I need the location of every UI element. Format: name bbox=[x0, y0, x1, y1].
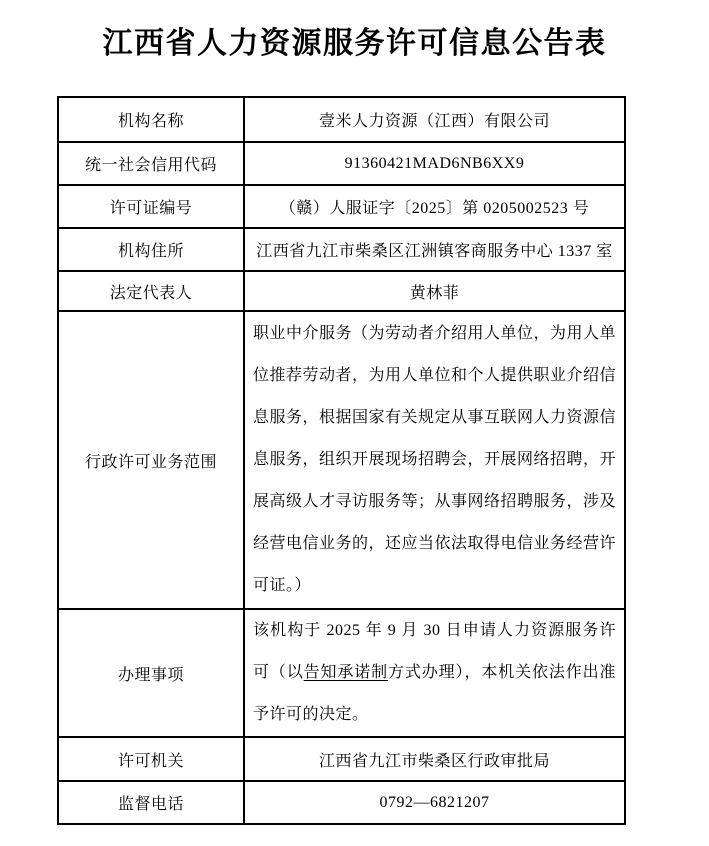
row-org-address: 机构住所 江西省九江市柴桑区江洲镇客商服务中心 1337 室 bbox=[58, 228, 625, 271]
row-legal-representative: 法定代表人 黄林菲 bbox=[58, 271, 625, 311]
licensing-authority-value: 江西省九江市柴桑区行政审批局 bbox=[244, 737, 625, 781]
licensing-authority-label: 许可机关 bbox=[58, 737, 244, 781]
business-scope-value: 职业中介服务（为劳动者介绍用人单位，为用人单位推荐劳动者，为用人单位和个人提供职… bbox=[244, 311, 625, 609]
row-licensing-authority: 许可机关 江西省九江市柴桑区行政审批局 bbox=[58, 737, 625, 781]
business-scope-label: 行政许可业务范围 bbox=[58, 311, 244, 609]
legal-representative-value: 黄林菲 bbox=[244, 271, 625, 311]
row-supervision-phone: 监督电话 0792—6821207 bbox=[58, 781, 625, 824]
credit-code-value: 91360421MAD6NB6XX9 bbox=[244, 142, 625, 185]
page-title: 江西省人力资源服务许可信息公告表 bbox=[0, 18, 709, 62]
row-org-name: 机构名称 壹米人力资源（江西）有限公司 bbox=[58, 97, 625, 142]
legal-representative-label: 法定代表人 bbox=[58, 271, 244, 311]
handling-matter-text-underlined: 告知承诺制 bbox=[304, 664, 388, 681]
org-name-label: 机构名称 bbox=[58, 97, 244, 142]
credit-code-label: 统一社会信用代码 bbox=[58, 142, 244, 185]
org-name-value: 壹米人力资源（江西）有限公司 bbox=[244, 97, 625, 142]
supervision-phone-value: 0792—6821207 bbox=[244, 781, 625, 824]
row-business-scope: 行政许可业务范围 职业中介服务（为劳动者介绍用人单位，为用人单位推荐劳动者，为用… bbox=[58, 311, 625, 609]
license-number-label: 许可证编号 bbox=[58, 185, 244, 228]
license-number-value: （赣）人服证字〔2025〕第 0205002523 号 bbox=[244, 185, 625, 228]
handling-matter-value: 该机构于 2025 年 9 月 30 日申请人力资源服务许可（以告知承诺制方式办… bbox=[244, 609, 625, 737]
supervision-phone-label: 监督电话 bbox=[58, 781, 244, 824]
license-info-table: 机构名称 壹米人力资源（江西）有限公司 统一社会信用代码 91360421MAD… bbox=[57, 96, 626, 825]
row-license-number: 许可证编号 （赣）人服证字〔2025〕第 0205002523 号 bbox=[58, 185, 625, 228]
handling-matter-label: 办理事项 bbox=[58, 609, 244, 737]
row-credit-code: 统一社会信用代码 91360421MAD6NB6XX9 bbox=[58, 142, 625, 185]
announcement-page: 江西省人力资源服务许可信息公告表 机构名称 壹米人力资源（江西）有限公司 统一社… bbox=[0, 0, 709, 846]
org-address-label: 机构住所 bbox=[58, 228, 244, 271]
org-address-value: 江西省九江市柴桑区江洲镇客商服务中心 1337 室 bbox=[244, 228, 625, 271]
row-handling-matter: 办理事项 该机构于 2025 年 9 月 30 日申请人力资源服务许可（以告知承… bbox=[58, 609, 625, 737]
